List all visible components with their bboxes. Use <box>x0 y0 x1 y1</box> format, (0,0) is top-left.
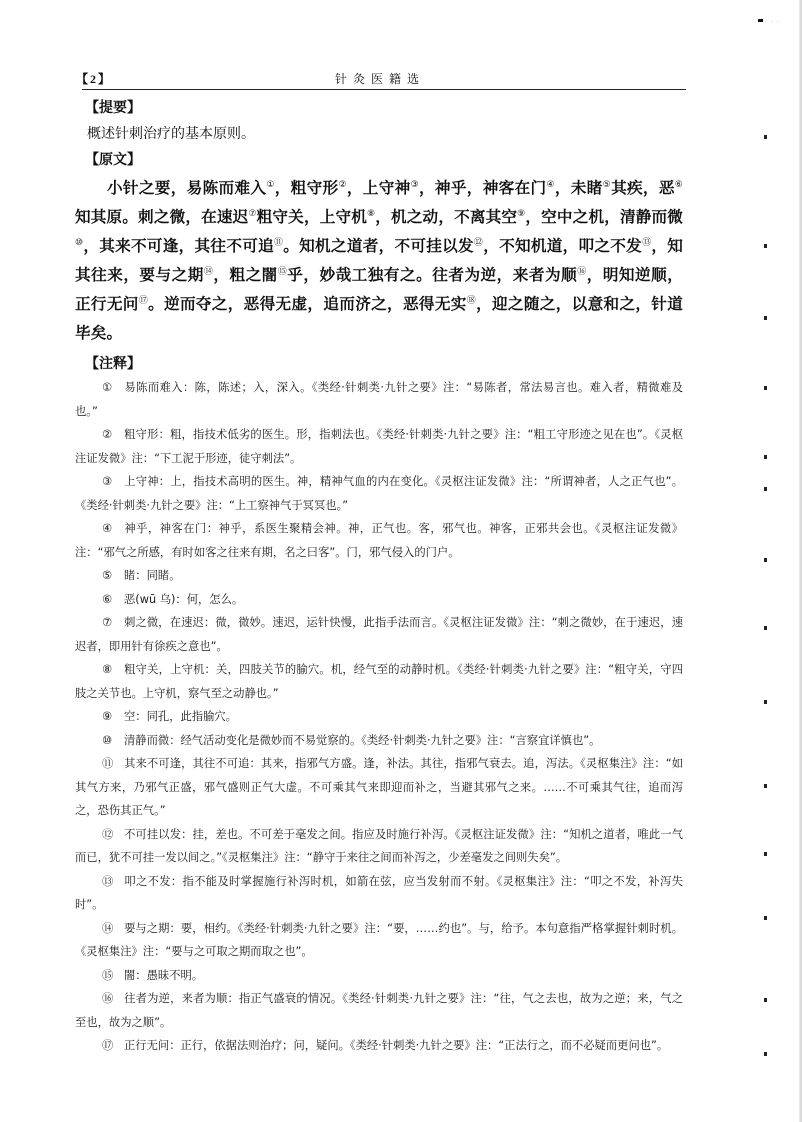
note-text: 往者为逆，来者为顺：指正气盛衰的情况。《类经·针刺类·九针之要》注：“往，气之去… <box>75 992 683 1029</box>
note-text: 神乎，神客在门：神乎，系医生聚精会神。神，正气也。客，邪气也。神客，正邪共会也。… <box>75 522 683 559</box>
page-header: 【2】 针灸医籍选 <box>76 70 684 88</box>
note-text: 刺之微，在速迟：微，微妙。速迟，运针快慢，此指手法而言。《灵枢注证发微》注：“刺… <box>75 616 683 653</box>
footnote-marker: ⑤ <box>603 180 611 190</box>
note-item: ⑩清静而微：经气活动变化是微妙而不易觉察的。《类经·针刺类·九针之要》注：“言察… <box>75 729 683 753</box>
margin-mark <box>764 916 767 920</box>
note-item: ③上守神：上，指技术高明的医生。神，精神气血的内在变化。《灵枢注证发微》注：“所… <box>75 470 683 517</box>
original-segment: 。逆而夺之，恶得无虚，追而济之，恶得无实 <box>148 295 467 313</box>
note-item: ⑮闇：愚昧不明。 <box>75 964 683 988</box>
margin-mark <box>764 784 767 788</box>
note-text: 粗守形：粗，指技术低劣的医生。形，指刺法也。《类经·针刺类·九针之要》注：“粗工… <box>75 428 683 465</box>
note-number: ⑫ <box>102 823 124 847</box>
note-text: 叩之不发：指不能及时掌握施行补泻时机，如箭在弦，应当发射而不射。《灵枢集注》注：… <box>75 875 683 912</box>
note-number: ③ <box>102 470 124 494</box>
note-item: ①易陈而难入：陈，陈述；入，深入。《类经·针刺类·九针之要》注：“易陈者，常法易… <box>75 376 683 423</box>
footnote-marker: ⑰ <box>139 296 148 306</box>
footnote-marker: ⑫ <box>474 238 483 248</box>
note-number: ⑩ <box>102 729 124 753</box>
note-text: 恶(wū 乌)：何，怎么。 <box>124 593 243 606</box>
page-body: 【提要】 概述针刺治疗的基本原则。 【原文】 小针之要，易陈而难入①，粗守形②，… <box>75 96 683 1058</box>
original-segment: ，粗之闇 <box>213 266 277 284</box>
margin-mark <box>764 1052 767 1056</box>
note-item: ⑭要与之期：要，相约。《类经·针刺类·九针之要》注：“要，……约也”。与，给予。… <box>75 917 683 964</box>
margin-mark <box>764 316 767 320</box>
note-number: ⑨ <box>102 705 124 729</box>
notes-list: ①易陈而难入：陈，陈述；入，深入。《类经·针刺类·九针之要》注：“易陈者，常法易… <box>75 376 683 1058</box>
margin-mark <box>764 455 767 459</box>
note-item: ④神乎，神客在门：神乎，系医生聚精会神。神，正气也。客，邪气也。神客，正邪共会也… <box>75 517 683 564</box>
note-item: ②粗守形：粗，指技术低劣的医生。形，指刺法也。《类经·针刺类·九针之要》注：“粗… <box>75 423 683 470</box>
footnote-marker: ⑦ <box>248 209 256 219</box>
summary-heading: 【提要】 <box>85 96 683 120</box>
note-item: ⑰正行无问：正行，依据法则治疗；问，疑问。《类经·针刺类·九针之要》注：“正法行… <box>75 1034 683 1058</box>
note-number: ① <box>102 376 124 400</box>
note-text: 易陈而难入：陈，陈述；入，深入。《类经·针刺类·九针之要》注：“易陈者，常法易言… <box>75 381 683 418</box>
original-segment: ，空中之机，清静而微 <box>525 208 683 226</box>
note-text: 睹：同睹。 <box>124 569 181 582</box>
footnote-marker: ⑮ <box>278 267 288 277</box>
note-item: ⑦刺之微，在速迟：微，微妙。速迟，运针快慢，此指手法而言。《灵枢注证发微》注：“… <box>75 611 683 658</box>
margin-mark <box>764 700 767 704</box>
original-heading: 【原文】 <box>85 148 683 172</box>
footnote-marker: ① <box>266 180 274 190</box>
note-number: ⑧ <box>102 658 124 682</box>
footnote-marker: ⑪ <box>274 238 283 248</box>
original-segment: 其疾，恶 <box>611 179 675 197</box>
margin-mark <box>764 487 767 491</box>
margin-mark <box>764 998 767 1002</box>
note-item: ⑯往者为逆，来者为顺：指正气盛衰的情况。《类经·针刺类·九针之要》注：“往，气之… <box>75 987 683 1034</box>
footnote-marker: ⑭ <box>204 267 214 277</box>
note-number: ⑯ <box>102 987 124 1011</box>
footnote-marker: ④ <box>546 180 554 190</box>
note-number: ⑰ <box>102 1034 124 1058</box>
original-segment: ，神乎，神客在门 <box>419 179 546 197</box>
margin-mark <box>764 244 767 248</box>
note-text: 正行无问：正行，依据法则治疗；问，疑问。《类经·针刺类·九针之要》注：“正法行之… <box>124 1039 668 1052</box>
original-text: 小针之要，易陈而难入①，粗守形②，上守神③，神乎，神客在门④，未睹⑤其疾，恶⑥知… <box>75 174 683 348</box>
original-segment: 乎，妙哉工独有之。往者为逆，来者为顺 <box>287 266 577 284</box>
original-segment: 知其原。刺之微，在速迟 <box>75 208 248 226</box>
original-segment: ，上守神 <box>347 179 411 197</box>
note-item: ⑬叩之不发：指不能及时掌握施行补泻时机，如箭在弦，应当发射而不射。《灵枢集注》注… <box>75 870 683 917</box>
note-text: 闇：愚昧不明。 <box>124 969 203 982</box>
note-number: ⑤ <box>102 564 124 588</box>
margin-mark <box>764 626 767 630</box>
original-segment: 。知机之道者，不可挂以发 <box>283 237 474 255</box>
margin-mark <box>764 135 767 139</box>
note-text: 粗守关，上守机：关，四肢关节的腧穴。机，经气至的动静时机。《类经·针刺类·九针之… <box>75 663 683 700</box>
footnote-marker: ⑯ <box>577 267 587 277</box>
original-segment: ，其来不可逢，其往不可追 <box>83 237 274 255</box>
note-item: ⑤睹：同睹。 <box>75 564 683 588</box>
margin-mark <box>764 558 767 562</box>
note-text: 空：同孔，此指腧穴。 <box>124 710 237 723</box>
note-number: ⑬ <box>102 870 124 894</box>
original-segment: ，机之动，不离其空 <box>375 208 517 226</box>
note-number: ④ <box>102 517 124 541</box>
note-item: ⑧粗守关，上守机：关，四肢关节的腧穴。机，经气至的动静时机。《类经·针刺类·九针… <box>75 658 683 705</box>
note-item: ⑫不可挂以发：挂，差也。不可差于毫发之间。指应及时施行补泻。《灵枢注证发微》注：… <box>75 823 683 870</box>
note-item: ⑨空：同孔，此指腧穴。 <box>75 705 683 729</box>
footnote-marker: ③ <box>411 180 419 190</box>
original-segment: ，粗守形 <box>275 179 339 197</box>
note-number: ⑮ <box>102 964 124 988</box>
note-number: ② <box>102 423 124 447</box>
note-text: 清静而微：经气活动变化是微妙而不易觉察的。《类经·针刺类·九针之要》注：“言察宜… <box>124 734 600 747</box>
scan-noise: · · · <box>765 19 780 26</box>
original-segment: 小针之要，易陈而难入 <box>107 179 266 197</box>
margin-mark <box>764 852 767 856</box>
note-item: ⑥恶(wū 乌)：何，怎么。 <box>75 588 683 612</box>
footnote-marker: ⑱ <box>467 296 476 306</box>
note-number: ⑪ <box>102 752 124 776</box>
original-segment: ，不知机道，叩之不发 <box>483 237 642 255</box>
summary-text: 概述针刺治疗的基本原则。 <box>87 120 683 148</box>
original-segment: ，未睹 <box>555 179 603 197</box>
header-rule <box>82 89 686 90</box>
note-text: 其来不可逢，其往不可追：其来，指邪气方盛。逢，补法。其往，指邪气衰去。追，泻法。… <box>75 757 683 817</box>
running-title: 针灸医籍选 <box>76 70 684 87</box>
margin-mark <box>764 386 767 390</box>
note-text: 不可挂以发：挂，差也。不可差于毫发之间。指应及时施行补泻。《灵枢注证发微》注：“… <box>75 828 683 865</box>
note-number: ⑭ <box>102 917 124 941</box>
note-number: ⑦ <box>102 611 124 635</box>
footnote-marker: ② <box>338 180 346 190</box>
note-number: ⑥ <box>102 588 124 612</box>
note-text: 上守神：上，指技术高明的医生。神，精神气血的内在变化。《灵枢注证发微》注：“所谓… <box>75 475 683 512</box>
footnote-marker: ⑥ <box>675 180 683 190</box>
note-item: ⑪其来不可逢，其往不可追：其来，指邪气方盛。逢，补法。其往，指邪气衰去。追，泻法… <box>75 752 683 823</box>
footnote-marker: ⑬ <box>642 238 651 248</box>
original-segment: 粗守关，上守机 <box>257 208 367 226</box>
note-text: 要与之期：要，相约。《类经·针刺类·九针之要》注：“要，……约也”。与，给予。本… <box>75 922 683 959</box>
notes-heading: 【注释】 <box>85 352 683 376</box>
scan-mark <box>758 19 763 22</box>
